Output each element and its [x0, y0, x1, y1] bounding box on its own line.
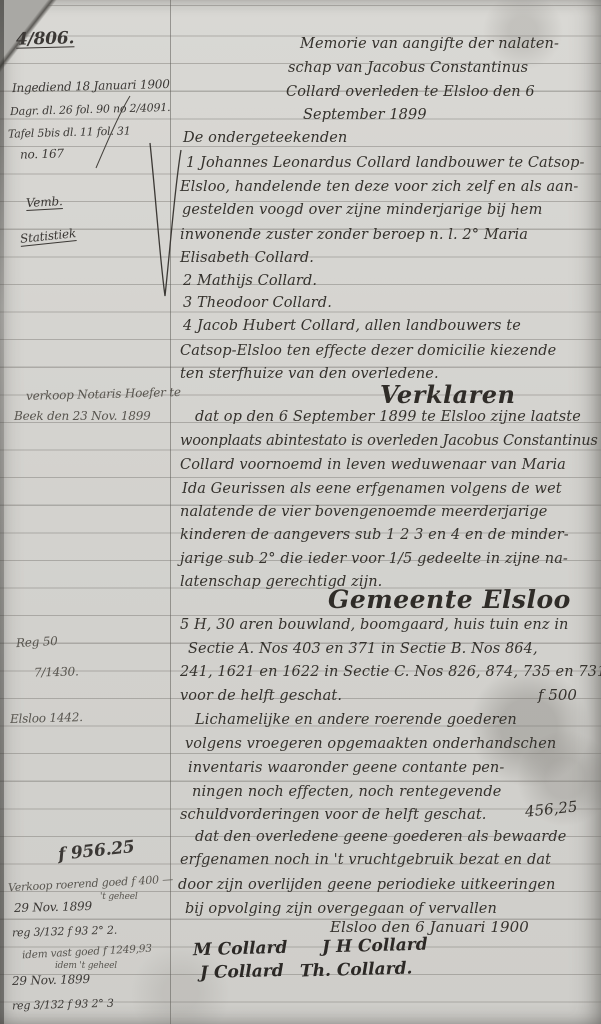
body-line: 1 Johannes Leonardus Collard landbouwer … — [186, 155, 584, 172]
heading-verklaren: Verklaren — [380, 380, 516, 409]
body-line: Ida Geurissen als eene erfgenamen volgen… — [182, 481, 562, 498]
body-line: volgens vroegeren opgemaakten onderhands… — [185, 736, 556, 753]
body-line: bij opvolging zijn overgegaan of vervall… — [185, 901, 497, 918]
body-line: Catsop-Elsloo ten effecte dezer domicili… — [180, 343, 556, 360]
body-line: gestelden voogd over zijne minderjarige … — [182, 202, 542, 219]
margin-note-vemb: Vemb. — [26, 195, 63, 210]
body-line: Elsloo, handelende ten deze voor zich ze… — [180, 179, 578, 196]
closing-dateline: Elsloo den 6 Januari 1900 — [330, 918, 529, 936]
body-line: dat den overledene geene goederen als be… — [195, 829, 566, 846]
body-line: Collard voornoemd in leven weduwenaar va… — [180, 457, 566, 474]
signature: M Collard — [193, 938, 288, 960]
margin-rule — [170, 0, 171, 1024]
margin-note-geheel-2: idem 't geheel — [55, 962, 117, 972]
margin-note-date-1: 29 Nov. 1899 — [14, 900, 92, 915]
body-line: Elisabeth Collard. — [180, 250, 314, 267]
amount-immovable: f 500 — [538, 686, 577, 704]
body-line: kinderen de aangevers sub 1 2 3 en 4 en … — [180, 527, 569, 544]
body-line: 4 Jacob Hubert Collard, allen landbouwer… — [183, 318, 521, 335]
body-line: voor de helft geschat. — [180, 688, 342, 705]
body-line: schuldvorderingen voor de helft geschat. — [180, 807, 486, 824]
signature: Th. Collard. — [300, 959, 413, 982]
body-line: Lichamelijke en andere roerende goederen — [195, 712, 517, 729]
margin-note-beek-date: Beek den 23 Nov. 1899 — [14, 410, 151, 423]
body-line: nalatende de vier bovengenoemde meerderj… — [180, 504, 547, 521]
signature: J H Collard — [322, 935, 428, 958]
body-line: 2 Mathijs Collard. — [183, 273, 317, 290]
body-line: door zijn overlijden geene periodieke ui… — [178, 877, 556, 894]
body-line: jarige sub 2° die ieder voor 1/5 gedeelt… — [180, 551, 568, 568]
scan-left-edge — [0, 0, 4, 1024]
margin-note-reg: Reg 50 — [16, 635, 58, 650]
body-line: De ondergeteekenden — [183, 130, 347, 147]
heading-gemeente-elsloo: Gemeente Elsloo — [328, 585, 571, 614]
memorie-title-line: September 1899 — [303, 107, 427, 124]
body-line: 5 H, 30 aren bouwland, boomgaard, huis t… — [180, 617, 569, 634]
margin-note-elsloo-number: Elsloo 1442. — [10, 711, 83, 726]
body-line: Sectie A. Nos 403 en 371 in Sectie B. No… — [188, 641, 538, 658]
margin-note-reg-fraction: 7/1430. — [34, 665, 79, 679]
margin-note-dossier-number: 4/806. — [16, 29, 75, 49]
margin-note-geheel-1: 't geheel — [100, 893, 138, 903]
body-line: woonplaats abintestato is overleden Jaco… — [180, 433, 598, 450]
body-line: inwonende zuster zonder beroep n. l. 2° … — [180, 227, 528, 244]
body-line: 3 Theodoor Collard. — [183, 295, 332, 312]
body-line: ningen noch effecten, noch rentegevende — [192, 784, 501, 801]
body-line: erfgenamen noch in 't vruchtgebruik beza… — [180, 852, 551, 869]
margin-note-date-2: 29 Nov. 1899 — [12, 973, 90, 988]
scanned-document-page: 4/806. Ingediend 18 Januari 1900 Dagr. d… — [0, 0, 601, 1024]
margin-note-nummer: no. 167 — [20, 147, 64, 161]
memorie-title-line: schap van Jacobus Constantinus — [288, 60, 528, 77]
body-line: dat op den 6 September 1899 te Elsloo zi… — [195, 409, 581, 426]
body-line: 241, 1621 en 1622 in Sectie C. Nos 826, … — [180, 664, 601, 681]
signature: J Collard — [200, 961, 284, 983]
body-line: inventaris waaronder geene contante pen- — [188, 760, 504, 777]
memorie-title-line: Collard overleden te Elsloo den 6 — [286, 84, 535, 101]
memorie-title-line: Memorie van aangifte der nalaten- — [300, 36, 559, 53]
